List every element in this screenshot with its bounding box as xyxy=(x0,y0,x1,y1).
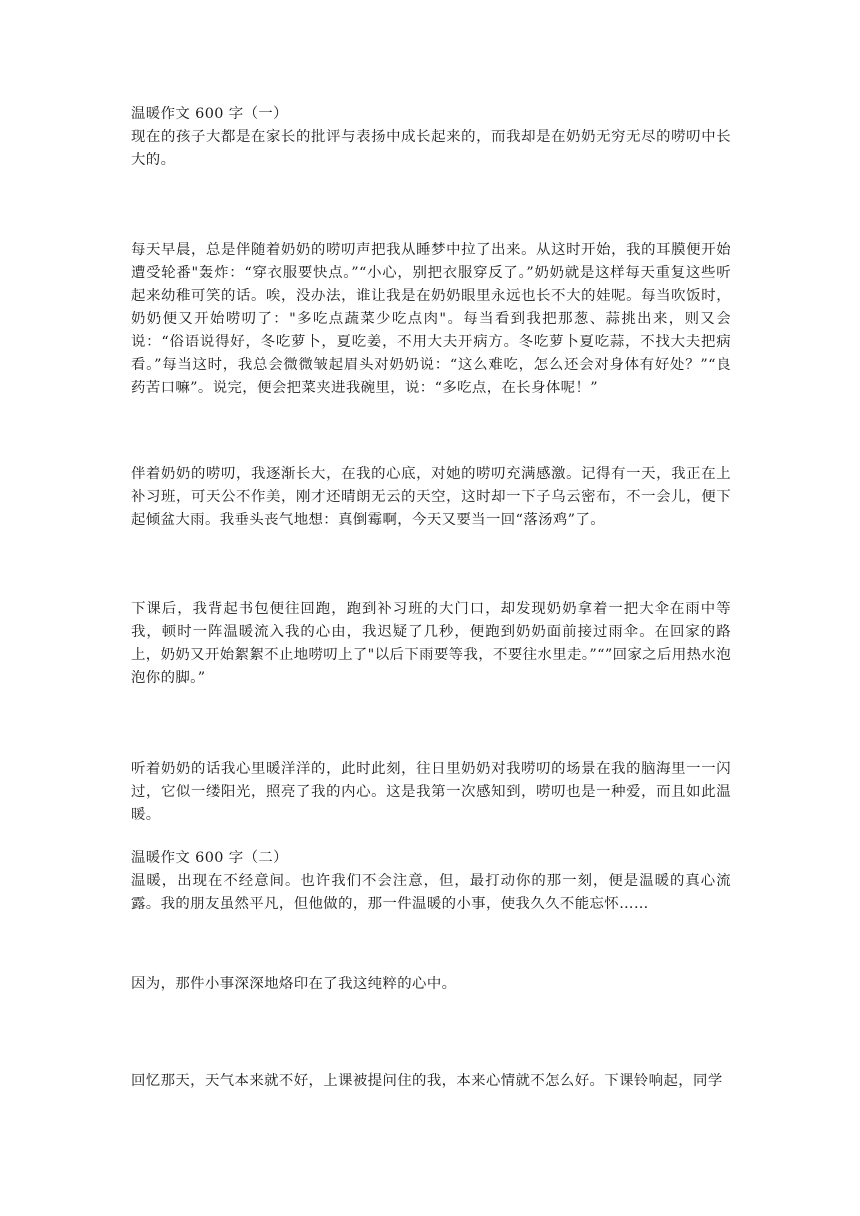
section-2-title: 温暖作文 600 字（二） xyxy=(131,847,731,870)
section-1-paragraph-5: 听着奶奶的话我心里暖洋洋的，此时此刻，往日里奶奶对我唠叨的场景在我的脑海里一一闪… xyxy=(131,758,731,827)
section-2-paragraph-2: 因为，那件小事深深地烙印在了我这纯粹的心中。 xyxy=(131,973,731,996)
section-1-paragraph-4: 下课后，我背起书包便往回跑，跑到补习班的大门口，却发现奶奶拿着一把大伞在雨中等我… xyxy=(131,598,731,690)
section-1-paragraph-2: 每天早晨，总是伴随着奶奶的唠叨声把我从睡梦中拉了出来。从这时开始，我的耳膜便开始… xyxy=(131,239,731,400)
section-1-paragraph-1: 现在的孩子大都是在家长的批评与表扬中成长起来的，而我却是在奶奶无穷无尽的唠叨中长… xyxy=(131,126,731,172)
section-2-paragraph-3: 回忆那天，天气本来就不好，上课被提问住的我，本来心情就不怎么好。下课铃响起，同学 xyxy=(131,1070,731,1093)
section-1-paragraph-3: 伴着奶奶的唠叨，我逐渐长大，在我的心底，对她的唠叨充满感激。记得有一天，我正在上… xyxy=(131,463,731,532)
section-1-title: 温暖作文 600 字（一） xyxy=(131,103,731,126)
section-2-paragraph-1: 温暖，出现在不经意间。也许我们不会注意，但，最打动你的那一刻，便是温暖的真心流露… xyxy=(131,870,731,916)
